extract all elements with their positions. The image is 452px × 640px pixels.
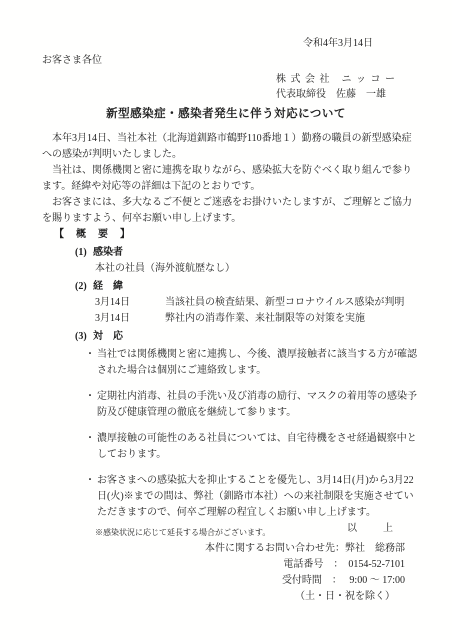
- contact-block: 本件に関するお問い合わせ先：弊社 総務部 電話番号 ： 0154-52-7101…: [0, 541, 405, 605]
- section-infected-person: (1)感染者 本社の社員（海外渡航歴なし）: [75, 245, 420, 277]
- section1-heading: (1)感染者: [75, 245, 420, 261]
- intro-paragraph-2: 当社は、関係機関と密に連携を取りながら、感染拡大を防ぐべく取り組んで参ります。経…: [42, 163, 412, 195]
- bullet-text: 濃厚接触の可能性のある社員については、自宅待機をさせ経過観察中としております。: [97, 431, 420, 463]
- intro-paragraphs: 本年3月14日、当社本社（北海道釧路市鶴野110番地１）勤務の職員の新型感染症へ…: [42, 131, 412, 227]
- section-response: (3)対 応 ・ 当社では関係機関と密に連携し、今後、濃厚接触者に該当する方が確…: [75, 329, 420, 539]
- bullet-text: お客さまへの感染拡大を抑止することを優先し、3月14日(月)から3月22日(火)…: [97, 473, 420, 521]
- document-title: 新型感染症・感染者発生に伴う対応について: [0, 106, 452, 122]
- timeline-date: 3月14日: [95, 311, 165, 327]
- contact-hours-note: （土・日・祝を除く）: [0, 589, 405, 605]
- timeline-row: 3月14日 弊社内の消毒作業、来社制限等の対策を実施: [95, 311, 420, 327]
- bullet-marker: ・: [85, 473, 97, 521]
- timeline-description: 弊社内の消毒作業、来社制限等の対策を実施: [165, 311, 365, 327]
- response-bullet: ・ 濃厚接触の可能性のある社員については、自宅待機をさせ経過観察中としております…: [85, 431, 420, 463]
- timeline-description: 当該社員の検査結果、新型コロナウイルス感染が判明: [165, 295, 404, 311]
- bullet-marker: ・: [85, 431, 97, 463]
- letter-page: 令和4年3月14日 お客さま各位 株 式 会 社 ニ ッ コ ー 代表取締役 佐…: [0, 0, 452, 640]
- recipient-line: お客さま各位: [42, 53, 102, 69]
- overview-heading: 【 概 要 】: [54, 227, 131, 243]
- timeline-rows: 3月14日 当該社員の検査結果、新型コロナウイルス感染が判明 3月14日 弊社内…: [95, 295, 420, 327]
- company-name: 株 式 会 社 ニ ッ コ ー: [276, 72, 396, 87]
- section2-number: (2): [75, 279, 93, 295]
- section1-number: (1): [75, 245, 93, 261]
- contact-phone-line: 電話番号 ： 0154-52-7101: [0, 557, 405, 573]
- bullet-text: 定期社内消毒、社員の手洗い及び消毒の励行、マスクの着用等の感染予防及び健康管理の…: [97, 389, 420, 421]
- bullet-marker: ・: [85, 389, 97, 421]
- bullet-marker: ・: [85, 347, 97, 379]
- representative-name: 代表取締役 佐藤 一雄: [276, 87, 396, 102]
- intro-paragraph-3: お客さまには、多大なるご不便とご迷惑をお掛けいたしますが、ご理解とご協力を賜りま…: [42, 195, 412, 227]
- section2-title: 経 緯: [93, 281, 123, 292]
- document-date: 令和4年3月14日: [0, 36, 373, 52]
- response-bullet-list: ・ 当社では関係機関と密に連携し、今後、濃厚接触者に該当する方が確認された場合は…: [85, 347, 420, 539]
- response-bullet: ・ 定期社内消毒、社員の手洗い及び消毒の励行、マスクの着用等の感染予防及び健康管…: [85, 389, 420, 421]
- section1-content: 本社の社員（海外渡航歴なし）: [95, 261, 420, 277]
- response-bullet: ・ 当社では関係機関と密に連携し、今後、濃厚接触者に該当する方が確認された場合は…: [85, 347, 420, 379]
- contact-inquiry-line: 本件に関するお問い合わせ先：弊社 総務部: [0, 541, 405, 557]
- timeline-date: 3月14日: [95, 295, 165, 311]
- response-bullet: ・ お客さまへの感染拡大を抑止することを優先し、3月14日(月)から3月22日(…: [85, 473, 420, 521]
- intro-paragraph-1: 本年3月14日、当社本社（北海道釧路市鶴野110番地１）勤務の職員の新型感染症へ…: [42, 131, 412, 163]
- section2-heading: (2)経 緯: [75, 279, 420, 295]
- sender-block: 株 式 会 社 ニ ッ コ ー 代表取締役 佐藤 一雄: [276, 72, 396, 102]
- section1-title: 感染者: [93, 247, 123, 258]
- section3-number: (3): [75, 329, 93, 345]
- timeline-row: 3月14日 当該社員の検査結果、新型コロナウイルス感染が判明: [95, 295, 420, 311]
- bullet-text: 当社では関係機関と密に連携し、今後、濃厚接触者に該当する方が確認された場合は個別…: [97, 347, 420, 379]
- closing-ijou: 以 上: [0, 521, 395, 537]
- section-timeline: (2)経 緯 3月14日 当該社員の検査結果、新型コロナウイルス感染が判明 3月…: [75, 279, 420, 327]
- contact-hours-line: 受付時間 ： 9:00 ～ 17:00: [0, 573, 405, 589]
- section3-title: 対 応: [93, 331, 123, 342]
- section3-heading: (3)対 応: [75, 329, 420, 345]
